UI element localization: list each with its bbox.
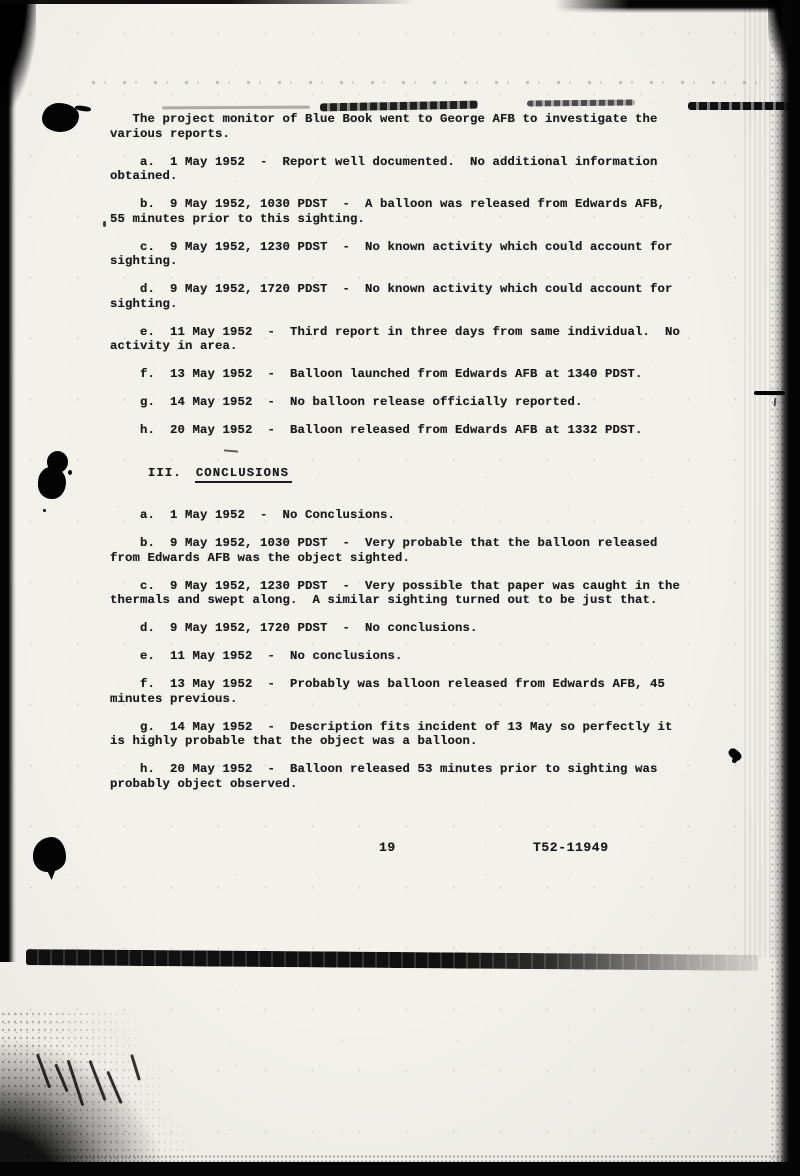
smudge-mark-1 [162,106,310,110]
document-number: T52-11949 [533,840,609,855]
investigation-item-g: g. 14 May 1952 - No balloon release offi… [110,395,770,410]
investigation-item-h: h. 20 May 1952 - Balloon released from E… [110,423,770,438]
scanned-page: The project monitor of Blue Book went to… [0,0,800,1176]
scanner-edge-bottom [0,1162,800,1176]
ink-speck-1 [68,470,72,475]
speckle-line [92,81,760,84]
smudge-mark-3 [527,99,635,106]
smudge-mark-2 [320,101,478,112]
investigation-item-a: a. 1 May 1952 - Report well documented. … [110,155,770,184]
intro-paragraph: The project monitor of Blue Book went to… [110,112,770,141]
investigation-item-f: f. 13 May 1952 - Balloon launched from E… [110,367,770,382]
typed-text-block: The project monitor of Blue Book went to… [110,112,770,805]
scanner-edge-top-right-strip [555,0,800,13]
ink-blot-bottom-left [33,837,66,872]
stray-speck [103,221,106,227]
conclusion-item-f: f. 13 May 1952 - Probably was balloon re… [110,677,770,706]
scanner-corner-top-left [0,0,36,108]
conclusion-item-g: g. 14 May 1952 - Description fits incide… [110,720,770,749]
investigation-item-e: e. 11 May 1952 - Third report in three d… [110,325,770,354]
scanner-edge-top-left-strip [0,0,415,4]
conclusion-item-c: c. 9 May 1952, 1230 PDST - Very possible… [110,579,770,608]
investigation-item-b: b. 9 May 1952, 1030 PDST - A balloon was… [110,197,770,226]
ink-blot-top-left [42,103,79,132]
ink-speck-2 [43,509,46,512]
investigation-item-c: c. 9 May 1952, 1230 PDST - No known acti… [110,240,770,269]
ink-blot-middle-left-lower [38,467,66,499]
conclusion-item-e: e. 11 May 1952 - No conclusions. [110,649,770,664]
bottom-left-shadow [0,1016,190,1176]
conclusion-item-h: h. 20 May 1952 - Balloon released 53 min… [110,762,770,791]
section-title: CONCLUSIONS [195,466,292,483]
conclusion-item-b: b. 9 May 1952, 1030 PDST - Very probable… [110,536,770,565]
page-break-band [26,949,758,971]
conclusion-item-d: d. 9 May 1952, 1720 PDST - No conclusion… [110,621,770,636]
page-number: 19 [379,840,396,855]
scanner-edge-right [774,0,800,1176]
conclusions-heading: III.CONCLUSIONS [97,451,770,495]
section-numeral: III. [148,466,182,480]
conclusion-item-a: a. 1 May 1952 - No Conclusions. [110,508,770,523]
investigation-item-d: d. 9 May 1952, 1720 PDST - No known acti… [110,282,770,311]
scanner-edge-left [0,0,16,962]
